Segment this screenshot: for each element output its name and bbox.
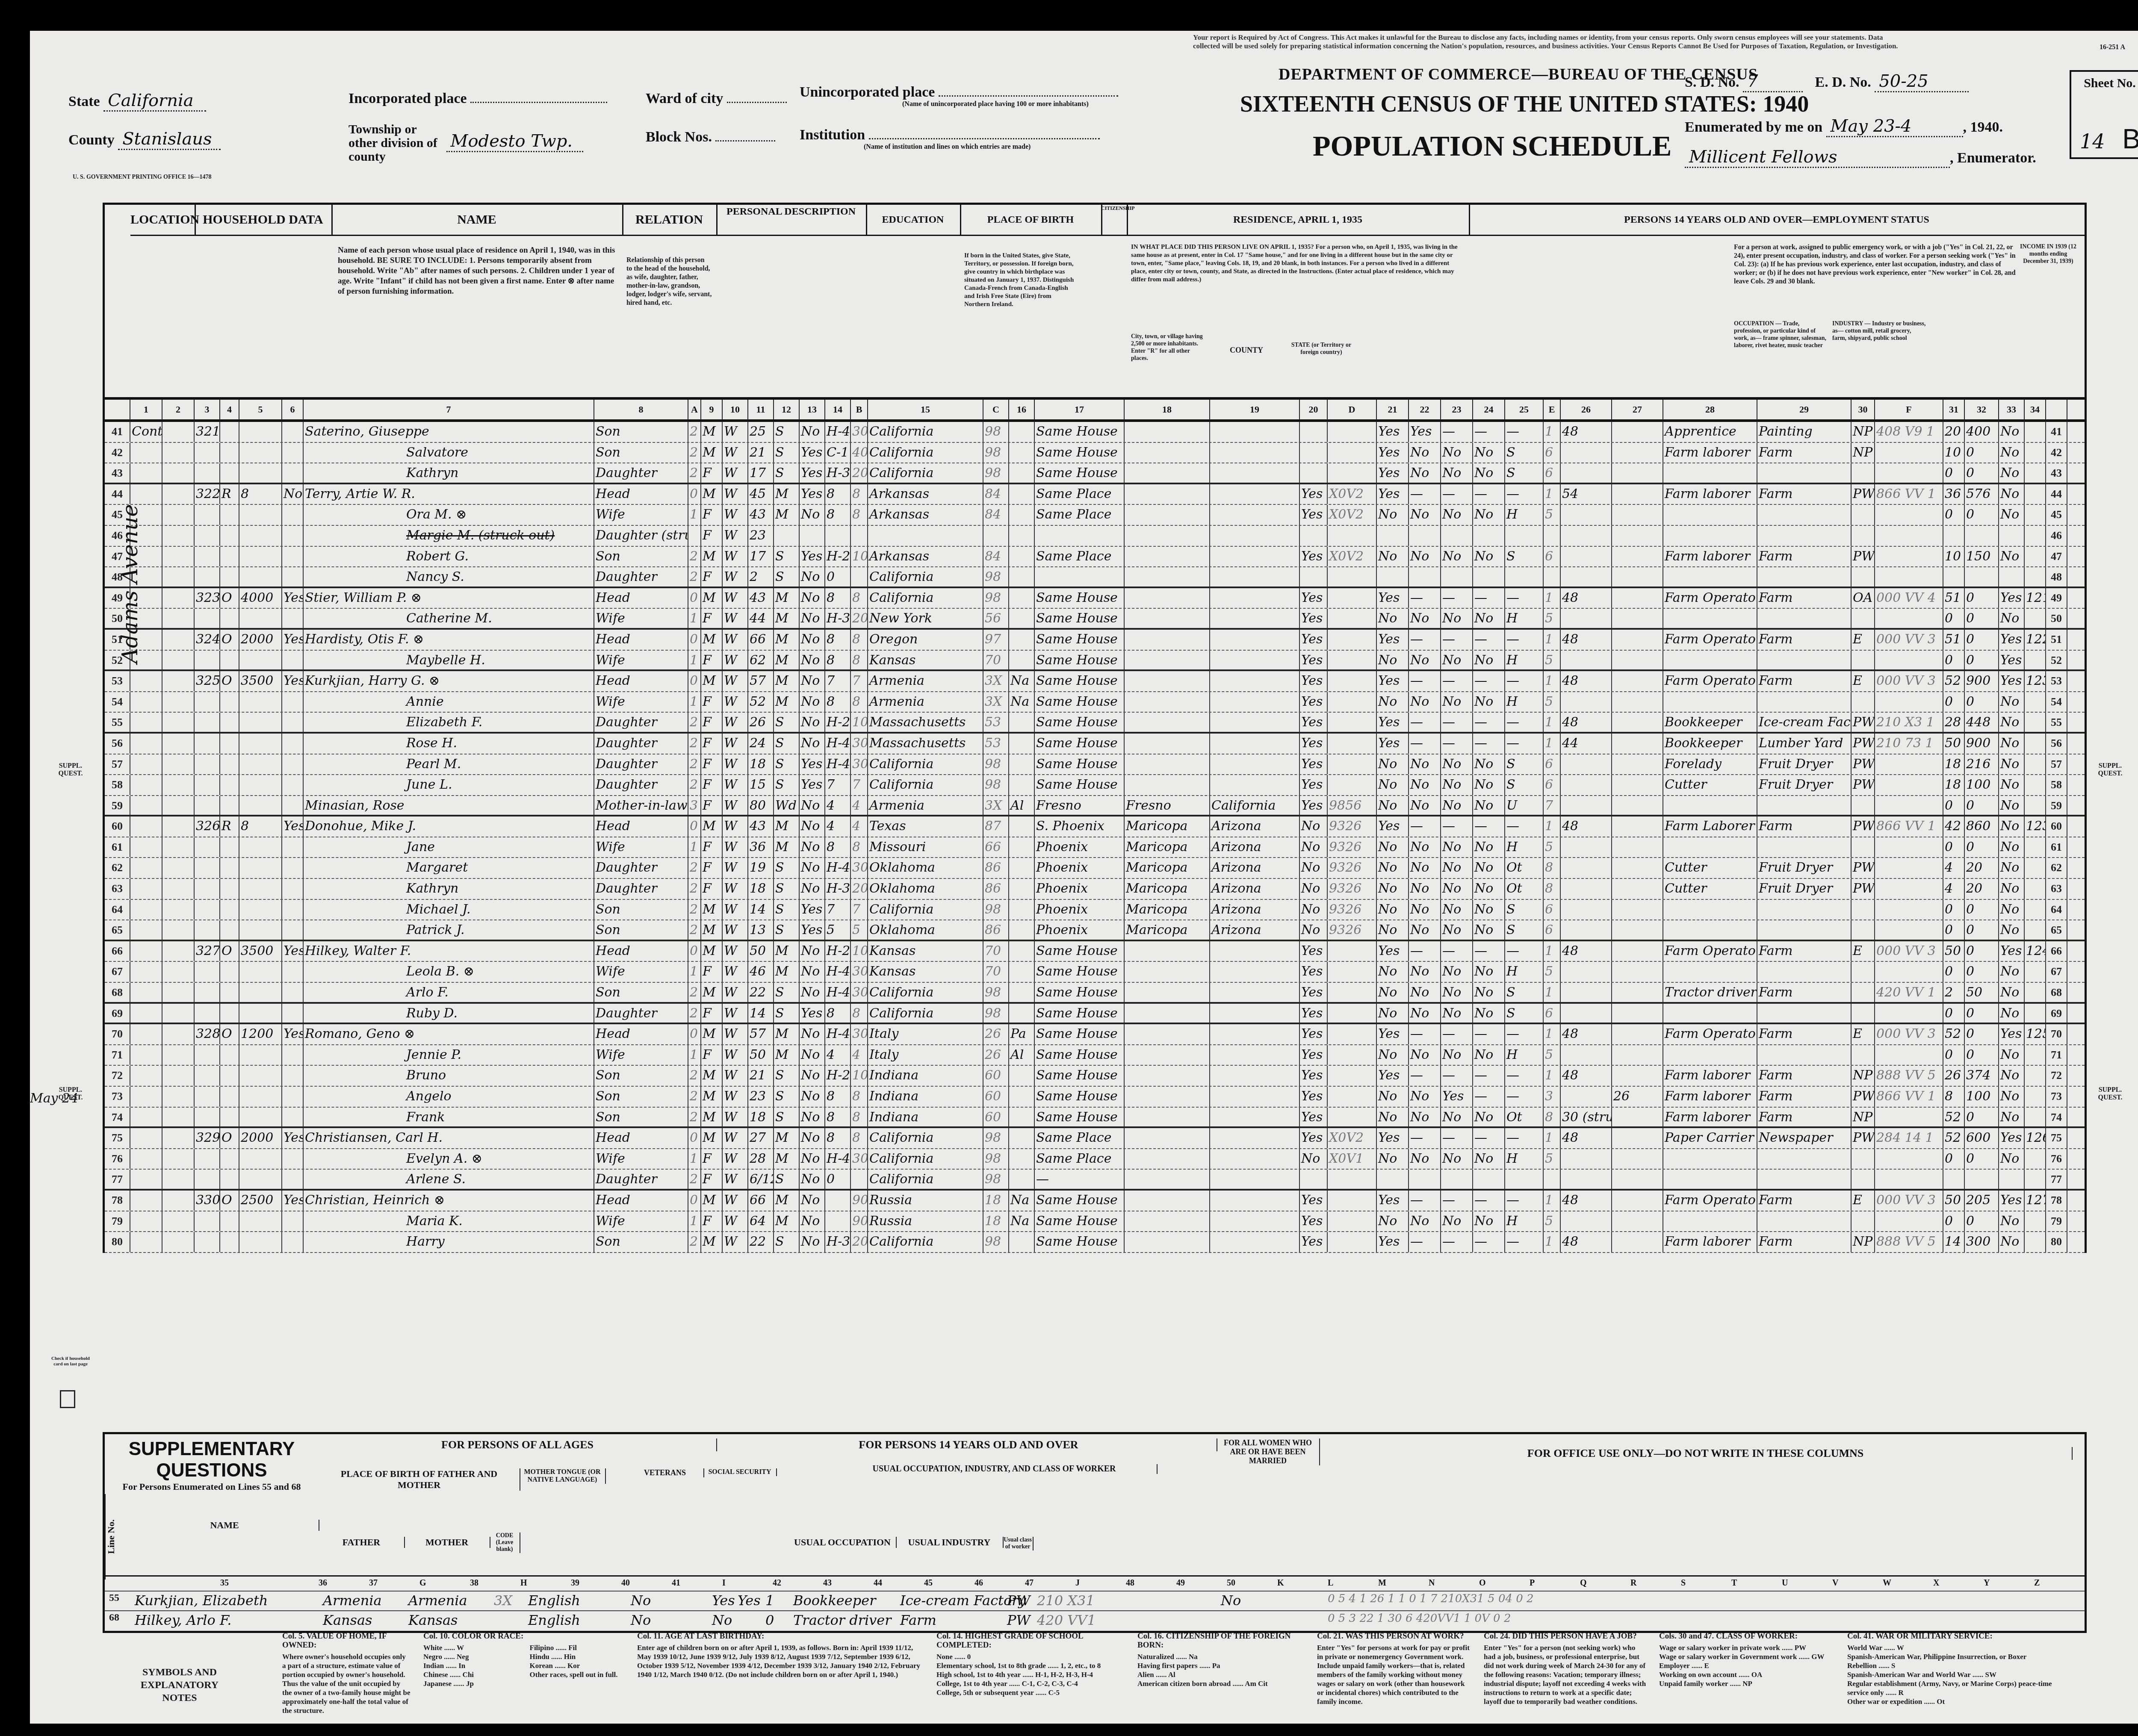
cell-house: [162, 671, 195, 691]
cell-line: 41: [2046, 422, 2067, 442]
cell-occupation: Farm Operator: [1663, 588, 1757, 608]
column-number: 29: [1757, 400, 1852, 419]
table-row: 61JaneWife1FW36MNo88Missouri66PhoenixMar…: [105, 837, 2085, 858]
cell-relation: Daughter: [594, 775, 688, 795]
cell-dwelling: [195, 755, 220, 775]
cell-hours: 48: [1561, 1128, 1612, 1148]
supp-cell-married-more: No: [1221, 1592, 1241, 1609]
cell-res-city: [1035, 567, 1125, 587]
supp-cell-ss-deductions: Yes: [738, 1592, 761, 1609]
cell-sex: M: [701, 1128, 723, 1148]
cell-farm: [282, 692, 304, 712]
cell-birthplace: Armenia: [868, 671, 983, 691]
cell-marital: S: [774, 983, 800, 1002]
cell-house: [162, 1211, 195, 1232]
cell-class: PW: [1852, 713, 1875, 732]
cell-c25: [1505, 526, 1544, 546]
cell-code-b: 10: [851, 547, 868, 567]
cell-c25: S: [1505, 983, 1544, 1002]
cell-line: 68: [2046, 983, 2067, 1002]
cell-c22: No: [1409, 1149, 1441, 1169]
cell-line: 63: [2046, 879, 2067, 899]
cell-code-d: [1328, 1024, 1377, 1044]
cell-age: 13: [748, 920, 774, 940]
cell-res-city: Phoenix: [1035, 837, 1125, 858]
cell-c22: —: [1409, 816, 1441, 837]
sd-value: 7: [1743, 71, 1803, 92]
cell-code-f: 210 X3 1: [1875, 713, 1943, 732]
supp-cell-office: 0 5 4 1 26 1 1 0 1 7 210X31 5 04 0 2: [1328, 1592, 1534, 1605]
cell-code-d: [1328, 1191, 1377, 1211]
cell-farm35: Yes: [1300, 962, 1328, 982]
cell-weeks-unemp: [1612, 671, 1663, 691]
cell-res-county: [1125, 1024, 1210, 1044]
table-body: 41Cont'd321Saterino, GiuseppeSon2MW25SNo…: [105, 422, 2085, 1253]
cell-c25: H: [1505, 837, 1544, 858]
sheet-number-box: Sheet No. 14 B: [2070, 70, 2138, 159]
cell-occupation: [1663, 526, 1757, 546]
cell-c22: No: [1409, 547, 1441, 567]
cell-tenure: [220, 837, 239, 858]
cell-other-income: No: [1999, 816, 2025, 837]
cell-relation: Wife: [594, 651, 688, 670]
cell-code-e: 5: [1544, 505, 1561, 525]
cell-code-f: 866 VV 1: [1875, 1087, 1943, 1107]
table-row: 58June L.Daughter2FW15SYes77California98…: [105, 775, 2085, 796]
cell-citizen: [1009, 609, 1035, 628]
cell-house: [162, 567, 195, 587]
cell-hours: [1561, 443, 1612, 463]
cell-code-f: [1875, 463, 1943, 483]
cell-value: [239, 463, 282, 483]
cell-farm35: [1300, 443, 1328, 463]
cell-weeks-unemp: [1612, 1024, 1663, 1044]
cell-school: No: [800, 422, 825, 442]
cell-code-b: 4: [851, 816, 868, 837]
residence-instructions: IN WHAT PLACE DID THIS PERSON LIVE ON AP…: [1131, 243, 1465, 284]
cell-c24: No: [1473, 983, 1505, 1002]
cell-c23: No: [1441, 651, 1473, 670]
cell-sex: F: [701, 1211, 723, 1232]
cell-wages: 0: [1965, 941, 1999, 961]
cell-code-e: 1: [1544, 983, 1561, 1002]
table-row: 41Cont'd321Saterino, GiuseppeSon2MW25SNo…: [105, 422, 2085, 443]
cell-street: [130, 1108, 162, 1127]
household-card-checkbox[interactable]: [60, 1390, 75, 1408]
cell-code-b: 8: [851, 1128, 868, 1148]
cell-race: W: [723, 443, 748, 463]
institution-note: (Name of institution and lines on which …: [864, 143, 1100, 151]
cell-industry: [1757, 900, 1852, 920]
cell-res-county: [1125, 962, 1210, 982]
cell-res-state: [1210, 1024, 1300, 1044]
cell-c22: —: [1409, 484, 1441, 504]
cell-c22: —: [1409, 630, 1441, 650]
cell-other-income: No: [1999, 1004, 2025, 1023]
table-row: 72BrunoSon2MW21SNoH-210Indiana60Same Hou…: [105, 1066, 2085, 1087]
cell-sex: F: [701, 526, 723, 546]
supp-cell-code-j: 210 X31: [1037, 1592, 1095, 1609]
cell-name: Pearl M.: [304, 755, 594, 775]
cell-line: 71: [2046, 1045, 2067, 1065]
enumerated-date: May 23-4: [1826, 116, 1963, 137]
cell-c25: S: [1505, 775, 1544, 795]
cell-line: 44: [105, 484, 130, 504]
column-number: 5: [239, 400, 282, 419]
cell-birthplace: California: [868, 983, 983, 1002]
cell-birthplace: California: [868, 567, 983, 587]
cell-birthplace: California: [868, 1170, 983, 1189]
cell-c24: No: [1473, 692, 1505, 712]
cell-farm: Yes: [282, 588, 304, 608]
symbols-title: SYMBOLS AND EXPLANATORY NOTES: [137, 1666, 222, 1704]
cell-line: 65: [105, 920, 130, 940]
cell-c23: No: [1441, 755, 1473, 775]
table-row: 79Maria K.Wife1FW64MNo90Russia18NaSame H…: [105, 1211, 2085, 1232]
relation-instructions: Relationship of this person to the head …: [626, 256, 712, 307]
cell-c21: No: [1377, 1149, 1409, 1169]
cell-name: Jennie P.: [304, 1045, 594, 1065]
cell-street: [130, 1087, 162, 1107]
cell-industry: [1757, 526, 1852, 546]
cell-code-b: 30: [851, 734, 868, 754]
note-col11-text: Enter age of children born on or after A…: [637, 1643, 928, 1679]
cell-other-income: Yes: [1999, 671, 2025, 691]
cell-dwelling: [195, 858, 220, 878]
cell-dwelling: [195, 920, 220, 940]
cell-wages: [1965, 526, 1999, 546]
cell-citizen: Al: [1009, 1045, 1035, 1065]
cell-hours: 48: [1561, 1024, 1612, 1044]
cell-value: [239, 1211, 282, 1232]
cell-name: Christiansen, Carl H.: [304, 1128, 594, 1148]
cell-race: W: [723, 1170, 748, 1189]
cell-farm35: No: [1300, 816, 1328, 837]
cell-school: No: [800, 1128, 825, 1148]
cell-marital: S: [774, 734, 800, 754]
column-header: LOCATION HOUSEHOLD DATA NAME RELATION PE…: [105, 205, 2085, 400]
cell-wages: 50: [1965, 983, 1999, 1002]
income-header: INCOME IN 1939 (12 months ending Decembe…: [2016, 243, 2080, 265]
supp-header-over-14: FOR PERSONS 14 YEARS OLD AND OVER: [721, 1438, 1217, 1451]
cell-industry: [1757, 796, 1852, 815]
cell-code-f: [1875, 609, 1943, 628]
supp-column-number: 46: [975, 1578, 983, 1588]
cell-code-b: 8: [851, 1004, 868, 1023]
cell-farm: [282, 1232, 304, 1252]
cell-c23: —: [1441, 816, 1473, 837]
cell-relation: Head: [594, 588, 688, 608]
note-item: Other war or expedition ...... Ot: [1847, 1697, 2052, 1706]
cell-res-city: Same House: [1035, 1004, 1125, 1023]
cell-c22: No: [1409, 692, 1441, 712]
cell-line: 43: [105, 463, 130, 483]
cell-c21: No: [1377, 1087, 1409, 1107]
cell-relation: Wife: [594, 1211, 688, 1232]
cell-name: Arlo F.: [304, 983, 594, 1002]
cell-relation: Daughter: [594, 755, 688, 775]
census-sheet: Your report is Required by Act of Congre…: [30, 31, 2138, 1724]
cell-code-e: 1: [1544, 484, 1561, 504]
cell-occupation: Cutter: [1663, 858, 1757, 878]
cell-res-state: [1210, 1170, 1300, 1189]
supp-header-line: Line No.: [105, 1494, 131, 1580]
cell-code-f: 000 VV 3: [1875, 941, 1943, 961]
cell-res-state: [1210, 671, 1300, 691]
cell-farm-sched: [2025, 1045, 2046, 1065]
cell-res-county: [1125, 588, 1210, 608]
cell-name: Angelo: [304, 1087, 594, 1107]
cell-code-c: 26: [983, 1024, 1009, 1044]
cell-school: No: [800, 630, 825, 650]
cell-industry: Newspaper: [1757, 1128, 1852, 1148]
cell-industry: [1757, 1211, 1852, 1232]
cell-relation: Wife: [594, 1149, 688, 1169]
cell-c24: —: [1473, 1024, 1505, 1044]
cell-industry: Farm: [1757, 588, 1852, 608]
cell-house: [162, 858, 195, 878]
cell-hours: [1561, 609, 1612, 628]
cell-c25: —: [1505, 941, 1544, 961]
cell-code-e: 1: [1544, 713, 1561, 732]
cell-farm-sched: [2025, 775, 2046, 795]
cell-dwelling: [195, 1232, 220, 1252]
supp-column-number: 42: [773, 1578, 781, 1588]
cell-c24: —: [1473, 422, 1505, 442]
cell-race: W: [723, 1128, 748, 1148]
cell-code-d: [1328, 734, 1377, 754]
cell-hours: [1561, 463, 1612, 483]
cell-race: W: [723, 422, 748, 442]
cell-c24: —: [1473, 1087, 1505, 1107]
cell-weeks-unemp: [1612, 816, 1663, 837]
cell-other-income: No: [1999, 1149, 2025, 1169]
cell-res-city: Same Place: [1035, 505, 1125, 525]
cell-school: No: [800, 1024, 825, 1044]
cell-occupation: Farm Operator: [1663, 630, 1757, 650]
cell-c21: Yes: [1377, 816, 1409, 837]
cell-name: Jane: [304, 837, 594, 858]
cell-industry: [1757, 609, 1852, 628]
cell-c23: [1441, 1170, 1473, 1189]
cell-code-d: [1328, 1211, 1377, 1232]
cell-citizen: Al: [1009, 796, 1035, 815]
cell-farm-sched: [2025, 484, 2046, 504]
cell-farm35: Yes: [1300, 983, 1328, 1002]
cell-school: Yes: [800, 920, 825, 940]
cell-code-a: 0: [688, 588, 701, 608]
cell-c21: No: [1377, 1045, 1409, 1065]
cell-farm35: Yes: [1300, 609, 1328, 628]
cell-name: Terry, Artie W. R.: [304, 484, 594, 504]
cell-line: 51: [2046, 630, 2067, 650]
cell-c22: No: [1409, 755, 1441, 775]
cell-sex: F: [701, 962, 723, 982]
sd-field: S. D. No. 7 E. D. No. 50-25: [1685, 71, 1969, 92]
notice-line-1: Your report is Required by Act of Congre…: [1193, 33, 1963, 42]
cell-farm35: Yes: [1300, 630, 1328, 650]
cell-code-b: 90: [851, 1211, 868, 1232]
cell-industry: Farm: [1757, 671, 1852, 691]
supp-header-married-women: FOR ALL WOMEN WHO ARE OR HAVE BEEN MARRI…: [1217, 1438, 1320, 1465]
cell-house: [162, 630, 195, 650]
cell-citizen: [1009, 713, 1035, 732]
cell-occupation: [1663, 651, 1757, 670]
cell-hours: 44: [1561, 734, 1612, 754]
cell-res-city: [1035, 526, 1125, 546]
cell-hours: [1561, 775, 1612, 795]
cell-dwelling: [195, 983, 220, 1002]
cell-farm: [282, 1004, 304, 1023]
cell-house: [162, 1087, 195, 1107]
cell-code-c: 98: [983, 755, 1009, 775]
cell-occupation: [1663, 837, 1757, 858]
cell-weeks: 0: [1943, 1149, 1965, 1169]
cell-wages: 0: [1965, 900, 1999, 920]
cell-c24: No: [1473, 505, 1505, 525]
cell-race: W: [723, 505, 748, 525]
cell-c23: —: [1441, 1128, 1473, 1148]
table-row: 75329O2000YesChristiansen, Carl H.Head0M…: [105, 1128, 2085, 1149]
cell-farm: Yes: [282, 630, 304, 650]
cell-class: [1852, 609, 1875, 628]
cell-race: W: [723, 1024, 748, 1044]
cell-citizen: [1009, 920, 1035, 940]
cell-weeks: 4: [1943, 879, 1965, 899]
cell-relation: Mother-in-law: [594, 796, 688, 815]
cell-value: [239, 1004, 282, 1023]
cell-line: 57: [105, 755, 130, 775]
cell-relation: Head: [594, 630, 688, 650]
cell-class: E: [1852, 671, 1875, 691]
cell-race: W: [723, 1191, 748, 1211]
cell-res-city: Phoenix: [1035, 858, 1125, 878]
cell-c24: No: [1473, 900, 1505, 920]
cell-industry: Farm: [1757, 1024, 1852, 1044]
cell-line: 65: [2046, 920, 2067, 940]
table-row: 62MargaretDaughter2FW19SNoH-430Oklahoma8…: [105, 858, 2085, 879]
cell-farm-sched: 126: [2025, 1128, 2046, 1148]
cell-other-income: No: [1999, 505, 2025, 525]
cell-grade: C-1: [825, 443, 851, 463]
cell-tenure: [220, 858, 239, 878]
cell-race: W: [723, 609, 748, 628]
cell-line: 69: [2046, 1004, 2067, 1023]
cell-c23: No: [1441, 837, 1473, 858]
suppl-quest-tag-55: SUPPL. QUEST.: [56, 762, 86, 778]
cell-other-income: No: [1999, 900, 2025, 920]
cell-c21: Yes: [1377, 463, 1409, 483]
cell-c21: Yes: [1377, 630, 1409, 650]
cell-other-income: Yes: [1999, 1191, 2025, 1211]
supp-cell-veteran: No: [631, 1612, 651, 1628]
cell-code-b: 20: [851, 463, 868, 483]
cell-farm35: Yes: [1300, 692, 1328, 712]
cell-weeks: 0: [1943, 796, 1965, 815]
cell-value: [239, 837, 282, 858]
cell-wages: 400: [1965, 422, 1999, 442]
note-item: Other races, spell out in full.: [530, 1670, 629, 1679]
table-row: 52Maybelle H.Wife1FW62MNo88Kansas70Same …: [105, 651, 2085, 672]
cell-grade: H-3: [825, 609, 851, 628]
cell-farm35: Yes: [1300, 505, 1328, 525]
cell-c21: No: [1377, 692, 1409, 712]
cell-res-state: [1210, 505, 1300, 525]
cell-relation: Son: [594, 422, 688, 442]
cell-code-a: 0: [688, 630, 701, 650]
cell-name: Romano, Geno ⊗: [304, 1024, 594, 1044]
cell-weeks: 0: [1943, 463, 1965, 483]
supp-column-number: K: [1277, 1578, 1284, 1588]
cell-grade: 8: [825, 505, 851, 525]
cell-street: [130, 671, 162, 691]
cell-farm35: Yes: [1300, 1191, 1328, 1211]
cell-hours: [1561, 651, 1612, 670]
cell-house: [162, 463, 195, 483]
cell-res-state: Arizona: [1210, 837, 1300, 858]
cell-c25: H: [1505, 1045, 1544, 1065]
cell-c23: No: [1441, 505, 1473, 525]
cell-res-county: [1125, 1191, 1210, 1211]
cell-code-a: 2: [688, 1232, 701, 1252]
cell-value: [239, 796, 282, 815]
cell-race: W: [723, 962, 748, 982]
sd-label: S. D. No.: [1685, 74, 1739, 90]
cell-res-city: Same House: [1035, 1232, 1125, 1252]
cell-dwelling: [195, 692, 220, 712]
cell-marital: M: [774, 692, 800, 712]
cell-class: PW: [1852, 734, 1875, 754]
note-col14: Col. 14. HIGHEST GRADE OF SCHOOL COMPLET…: [936, 1632, 1125, 1697]
cell-birthplace: Massachusetts: [868, 713, 983, 732]
cell-other-income: Yes: [1999, 588, 2025, 608]
cell-c25: —: [1505, 1024, 1544, 1044]
cell-farm35: Yes: [1300, 588, 1328, 608]
cell-relation: Daughter: [594, 1170, 688, 1189]
cell-weeks: 10: [1943, 547, 1965, 567]
cell-marital: S: [774, 443, 800, 463]
cell-line: 53: [105, 671, 130, 691]
supp-column-number: T: [1731, 1578, 1737, 1588]
cell-line: 46: [2046, 526, 2067, 546]
cell-code-b: 30: [851, 422, 868, 442]
cell-age: 17: [748, 463, 774, 483]
cell-res-state: [1210, 526, 1300, 546]
cell-code-f: [1875, 1004, 1943, 1023]
cell-c24: —: [1473, 1128, 1505, 1148]
cell-line: 76: [2046, 1149, 2067, 1169]
cell-other-income: No: [1999, 692, 2025, 712]
cell-code-a: 0: [688, 1191, 701, 1211]
cell-code-e: 1: [1544, 1232, 1561, 1252]
cell-code-c: 70: [983, 651, 1009, 670]
cell-marital: Wd: [774, 796, 800, 815]
cell-res-state: [1210, 567, 1300, 587]
cell-weeks: [1943, 567, 1965, 587]
cell-house: [162, 651, 195, 670]
cell-c25: S: [1505, 463, 1544, 483]
cell-sex: F: [701, 692, 723, 712]
cell-wages: 20: [1965, 858, 1999, 878]
cell-name: Evelyn A. ⊗: [304, 1149, 594, 1169]
table-row: 57Pearl M.Daughter2FW18SYesH-430Californ…: [105, 755, 2085, 775]
supp-cell-father: Armenia: [323, 1592, 382, 1609]
cell-sex: F: [701, 1045, 723, 1065]
cell-marital: S: [774, 1004, 800, 1023]
township-field: Township or other division of county Mod…: [348, 123, 605, 164]
cell-citizen: [1009, 422, 1035, 442]
cell-farm: [282, 547, 304, 567]
